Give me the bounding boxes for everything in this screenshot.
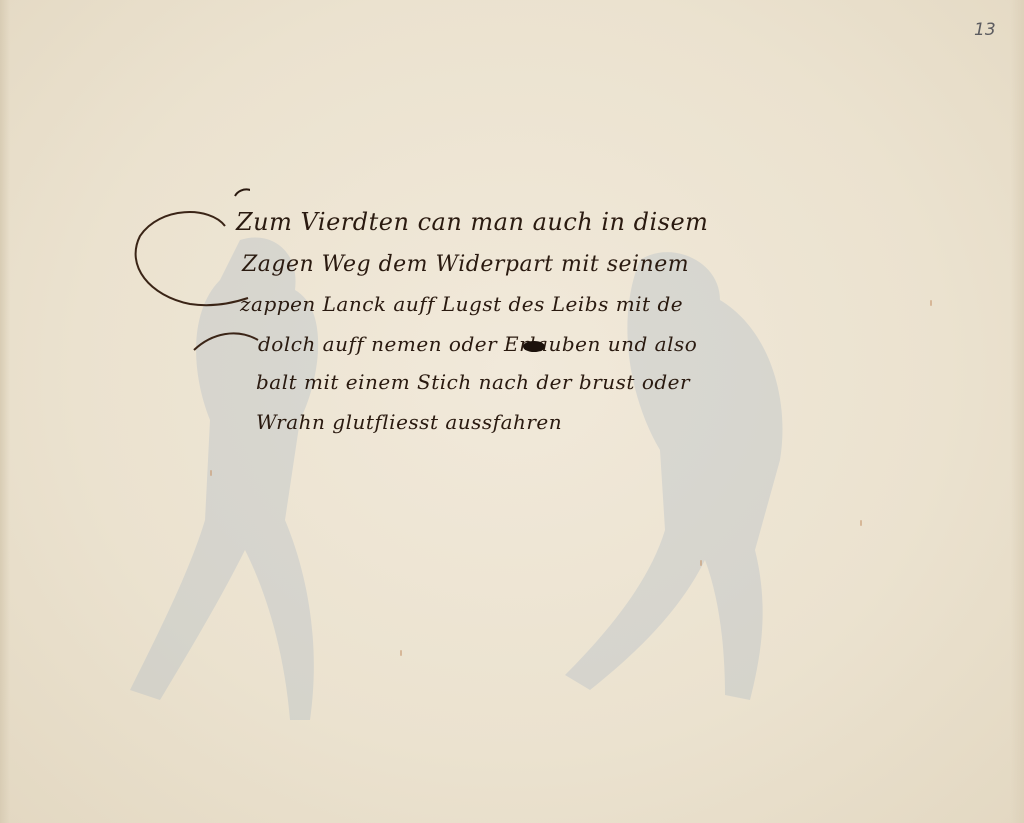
manuscript-line-3: zappen Lanck auff Lugst des Leibs mit de: [240, 292, 683, 316]
manuscript-line-2: Zagen Weg dem Widerpart mit seinem: [242, 252, 689, 277]
decorated-initial-flourish: [130, 186, 250, 321]
paper-fiber: [700, 560, 702, 566]
line-flourish-left: [192, 328, 262, 358]
manuscript-page: 13 Zum Vierdten can man auch in disem Za…: [0, 0, 1024, 823]
manuscript-line-5: balt mit einem Stich nach der brust oder: [256, 370, 690, 394]
paper-fiber: [400, 650, 402, 656]
ink-blot: [523, 341, 545, 352]
page-edge-right: [1010, 0, 1024, 823]
paper-fiber: [860, 520, 862, 526]
page-edge-left: [0, 0, 10, 823]
manuscript-line-4: dolch auff nemen oder Erlauben und also: [258, 332, 697, 356]
manuscript-line-6: Wrahn glutfliesst aussfahren: [256, 410, 562, 434]
manuscript-line-1: Zum Vierdten can man auch in disem: [236, 208, 708, 236]
paper-fiber: [930, 300, 932, 306]
paper-fiber: [210, 470, 212, 476]
folio-number: 13: [974, 20, 996, 40]
